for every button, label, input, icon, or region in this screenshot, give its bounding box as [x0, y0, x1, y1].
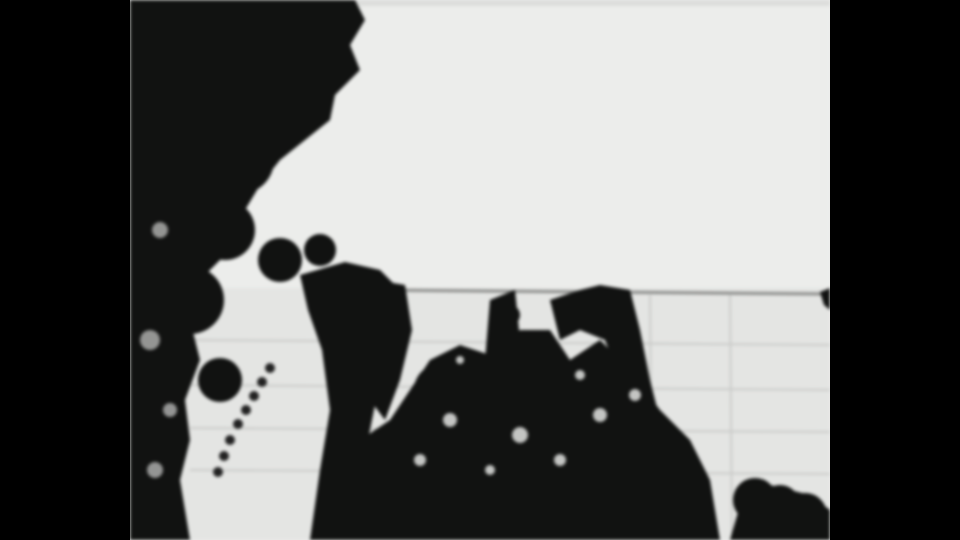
letterbox-left	[0, 0, 130, 540]
letterbox-right	[830, 0, 960, 540]
photo	[130, 0, 830, 540]
foliage-scene	[130, 0, 830, 540]
